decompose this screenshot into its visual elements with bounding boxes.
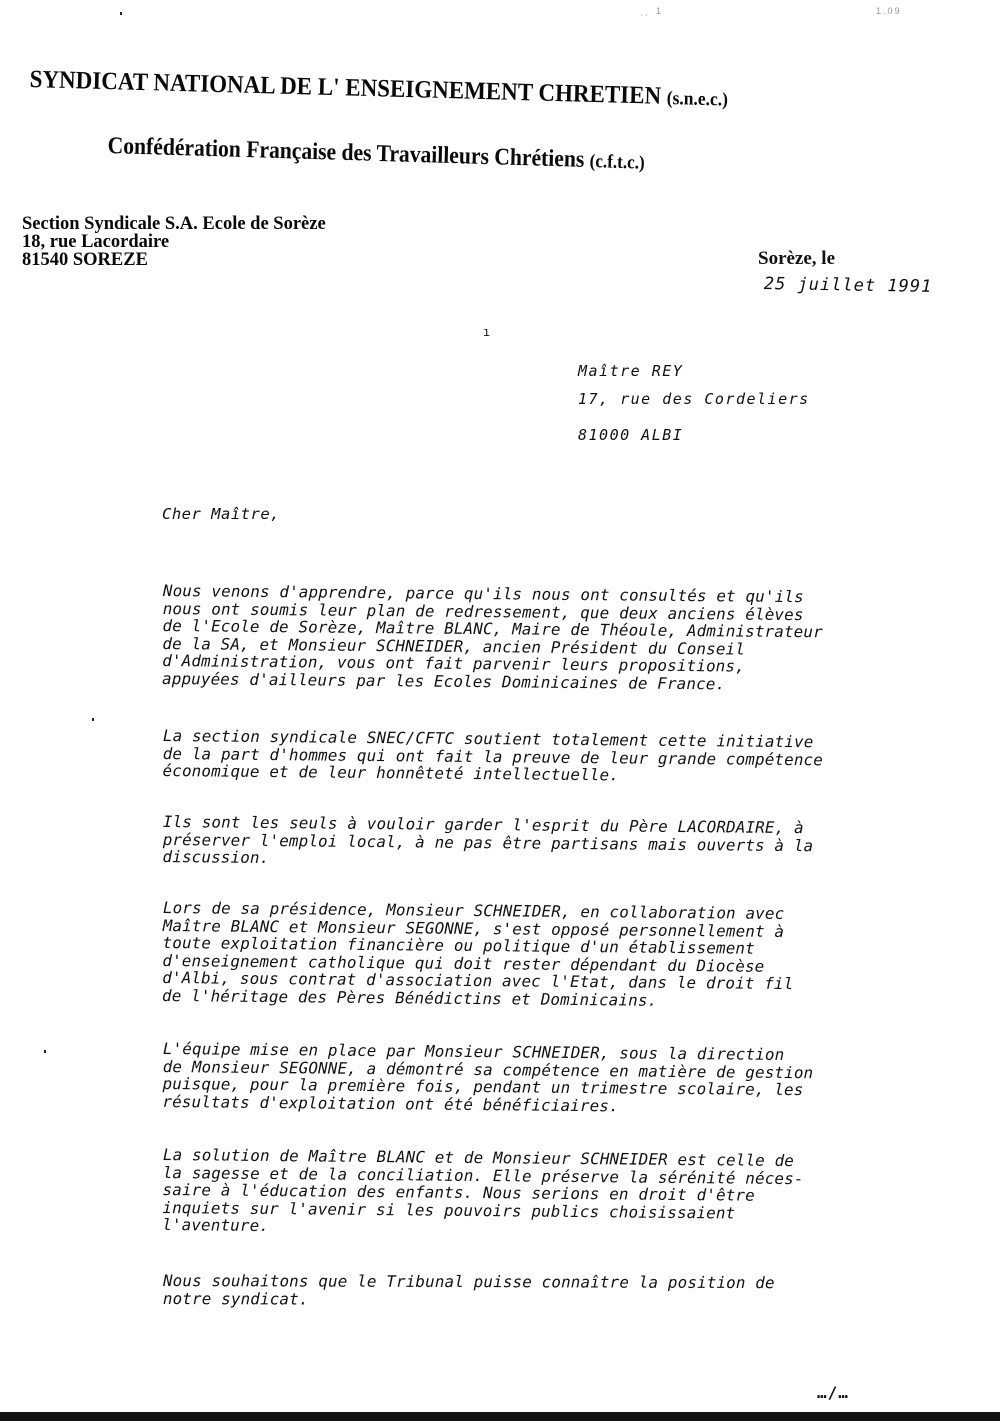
body-paragraph: La solution de Maître BLANC et de Monsie… — [162, 1146, 998, 1242]
scan-speck — [44, 1050, 46, 1053]
sender-address: Section Syndicale S.A. Ecole de Sorèze 1… — [22, 215, 326, 269]
body-paragraph: L'équipe mise en place par Monsieur SCHN… — [162, 1040, 998, 1118]
letterhead-confederation: Confédération Française des Travailleurs… — [107, 133, 645, 176]
recipient-address: Maître REY 17, rue des Cordeliers 81000 … — [578, 357, 810, 449]
letterhead-organization: SYNDICAT NATIONAL DE L' ENSEIGNEMENT CHR… — [29, 66, 728, 113]
body-paragraph: Nous souhaitons que le Tribunal puisse c… — [163, 1272, 998, 1310]
sender-line: 81540 SOREZE — [22, 251, 326, 269]
dateline-date: 25 juillet 1991 — [764, 274, 933, 297]
continued-marker: …/… — [817, 1383, 849, 1402]
recipient-name: Maître REY — [578, 357, 810, 385]
recipient-street: 17, rue des Cordeliers — [578, 385, 810, 413]
confederation-abbr: (c.f.t.c.) — [589, 151, 645, 174]
body-paragraph: La section syndicale SNEC/CFTC soutient … — [162, 727, 997, 788]
body-paragraph: Lors de sa présidence, Monsieur SCHNEIDE… — [162, 899, 998, 1013]
confederation-name: Confédération Française des Travailleurs… — [107, 133, 584, 173]
organization-abbr: (s.n.e.c.) — [667, 88, 729, 111]
sender-line: 18, rue Lacordaire — [22, 233, 326, 251]
scan-header-number: 1.09 — [876, 6, 902, 16]
salutation: Cher Maître, — [162, 505, 280, 523]
scan-speck — [92, 718, 94, 721]
sender-line: Section Syndicale S.A. Ecole de Sorèze — [22, 215, 326, 233]
body-paragraph: Ils sont les seuls à vouloir garder l'es… — [162, 813, 997, 874]
scan-header-fragment: ̣̣̣̣ ̣̣̣̣̣̣̣̣̣ 1 — [645, 6, 663, 16]
scan-bottom-edge — [0, 1412, 1000, 1421]
scan-speck — [120, 12, 122, 15]
organization-name: SYNDICAT NATIONAL DE L' ENSEIGNEMENT CHR… — [29, 66, 661, 110]
scan-mark: ı — [483, 325, 490, 339]
recipient-city: 81000 ALBI — [578, 421, 810, 449]
body-paragraph: Nous venons d'apprendre, parce qu'ils no… — [162, 582, 998, 696]
dateline-place: Sorèze, le — [758, 248, 835, 270]
